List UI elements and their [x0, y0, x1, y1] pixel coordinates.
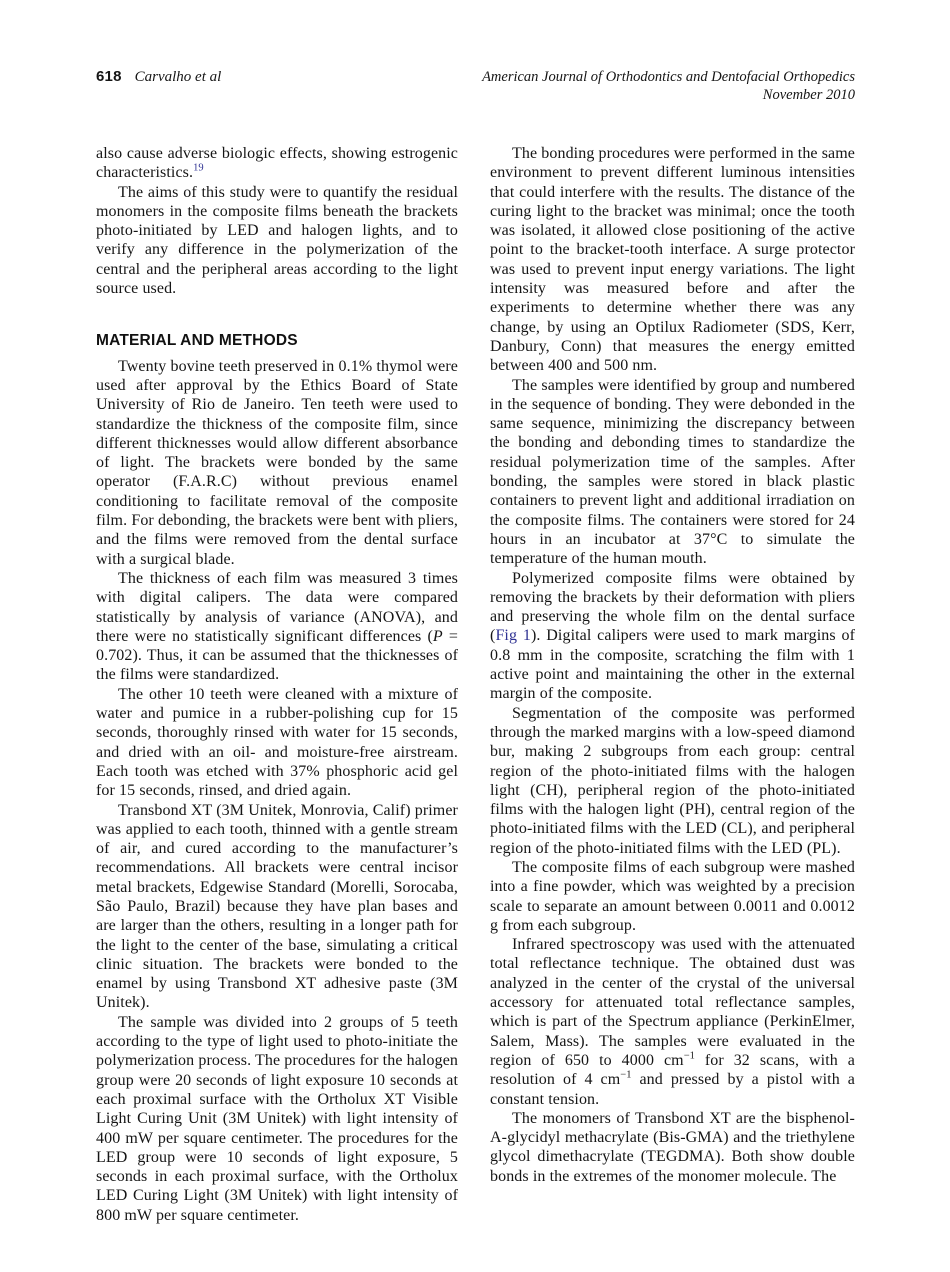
- paragraph: The composite films of each subgroup wer…: [490, 858, 855, 935]
- paragraph: Polymerized composite films were obtaine…: [490, 569, 855, 704]
- paragraph-text: Transbond XT (3M Unitek, Monrovia, Calif…: [96, 802, 458, 1012]
- paragraph: also cause adverse biologic effects, sho…: [96, 144, 458, 183]
- journal-issue-date: November 2010: [482, 86, 855, 104]
- paragraph-text: The bonding procedures were performed in…: [490, 145, 855, 374]
- paragraph-text: also cause adverse biologic effects, sho…: [96, 145, 458, 181]
- exponent: −1: [684, 1051, 695, 1062]
- exponent: −1: [620, 1070, 631, 1081]
- header-right: American Journal of Orthodontics and Den…: [482, 68, 855, 104]
- paragraph: The samples were identified by group and…: [490, 376, 855, 569]
- paragraph-text: The sample was divided into 2 groups of …: [96, 1014, 458, 1224]
- statistic-p-symbol: P: [433, 628, 443, 645]
- paragraph: The monomers of Transbond XT are the bis…: [490, 1109, 855, 1186]
- paragraph: The thickness of each film was measured …: [96, 569, 458, 685]
- paragraph-text: Twenty bovine teeth preserved in 0.1% th…: [96, 358, 458, 568]
- right-column: The bonding procedures were performed in…: [490, 144, 855, 1186]
- section-heading-material-methods: MATERIAL AND METHODS: [96, 331, 458, 350]
- header-left: 618Carvalho et al: [96, 68, 221, 86]
- paragraph-text: The aims of this study were to quantify …: [96, 184, 458, 297]
- paragraph: The aims of this study were to quantify …: [96, 183, 458, 299]
- citation-reference-19[interactable]: 19: [193, 163, 204, 174]
- paragraph-text: The monomers of Transbond XT are the bis…: [490, 1110, 855, 1185]
- page-header: 618Carvalho et al American Journal of Or…: [96, 68, 855, 104]
- left-column: also cause adverse biologic effects, sho…: [96, 144, 458, 1225]
- paragraph: The sample was divided into 2 groups of …: [96, 1013, 458, 1225]
- paragraph: Transbond XT (3M Unitek, Monrovia, Calif…: [96, 801, 458, 1013]
- paragraph: The other 10 teeth were cleaned with a m…: [96, 685, 458, 801]
- paragraph: Segmentation of the composite was perfor…: [490, 704, 855, 858]
- paragraph: Twenty bovine teeth preserved in 0.1% th…: [96, 357, 458, 569]
- running-authors: Carvalho et al: [135, 69, 222, 85]
- page-number: 618: [96, 68, 122, 85]
- paragraph-text: The composite films of each subgroup wer…: [490, 859, 855, 934]
- paragraph-text: ). Digital calipers were used to mark ma…: [490, 627, 855, 702]
- journal-title: American Journal of Orthodontics and Den…: [482, 68, 855, 86]
- paragraph-text: The samples were identified by group and…: [490, 377, 855, 568]
- paragraph-text: Segmentation of the composite was perfor…: [490, 705, 855, 857]
- figure-1-reference[interactable]: Fig 1: [495, 627, 531, 644]
- paragraph: Infrared spectroscopy was used with the …: [490, 935, 855, 1109]
- paragraph-text: The other 10 teeth were cleaned with a m…: [96, 686, 458, 799]
- journal-page: 618Carvalho et al American Journal of Or…: [0, 0, 950, 1272]
- paragraph-text: The thickness of each film was measured …: [96, 570, 458, 645]
- paragraph: The bonding procedures were performed in…: [490, 144, 855, 376]
- paragraph-text: Infrared spectroscopy was used with the …: [490, 936, 855, 1069]
